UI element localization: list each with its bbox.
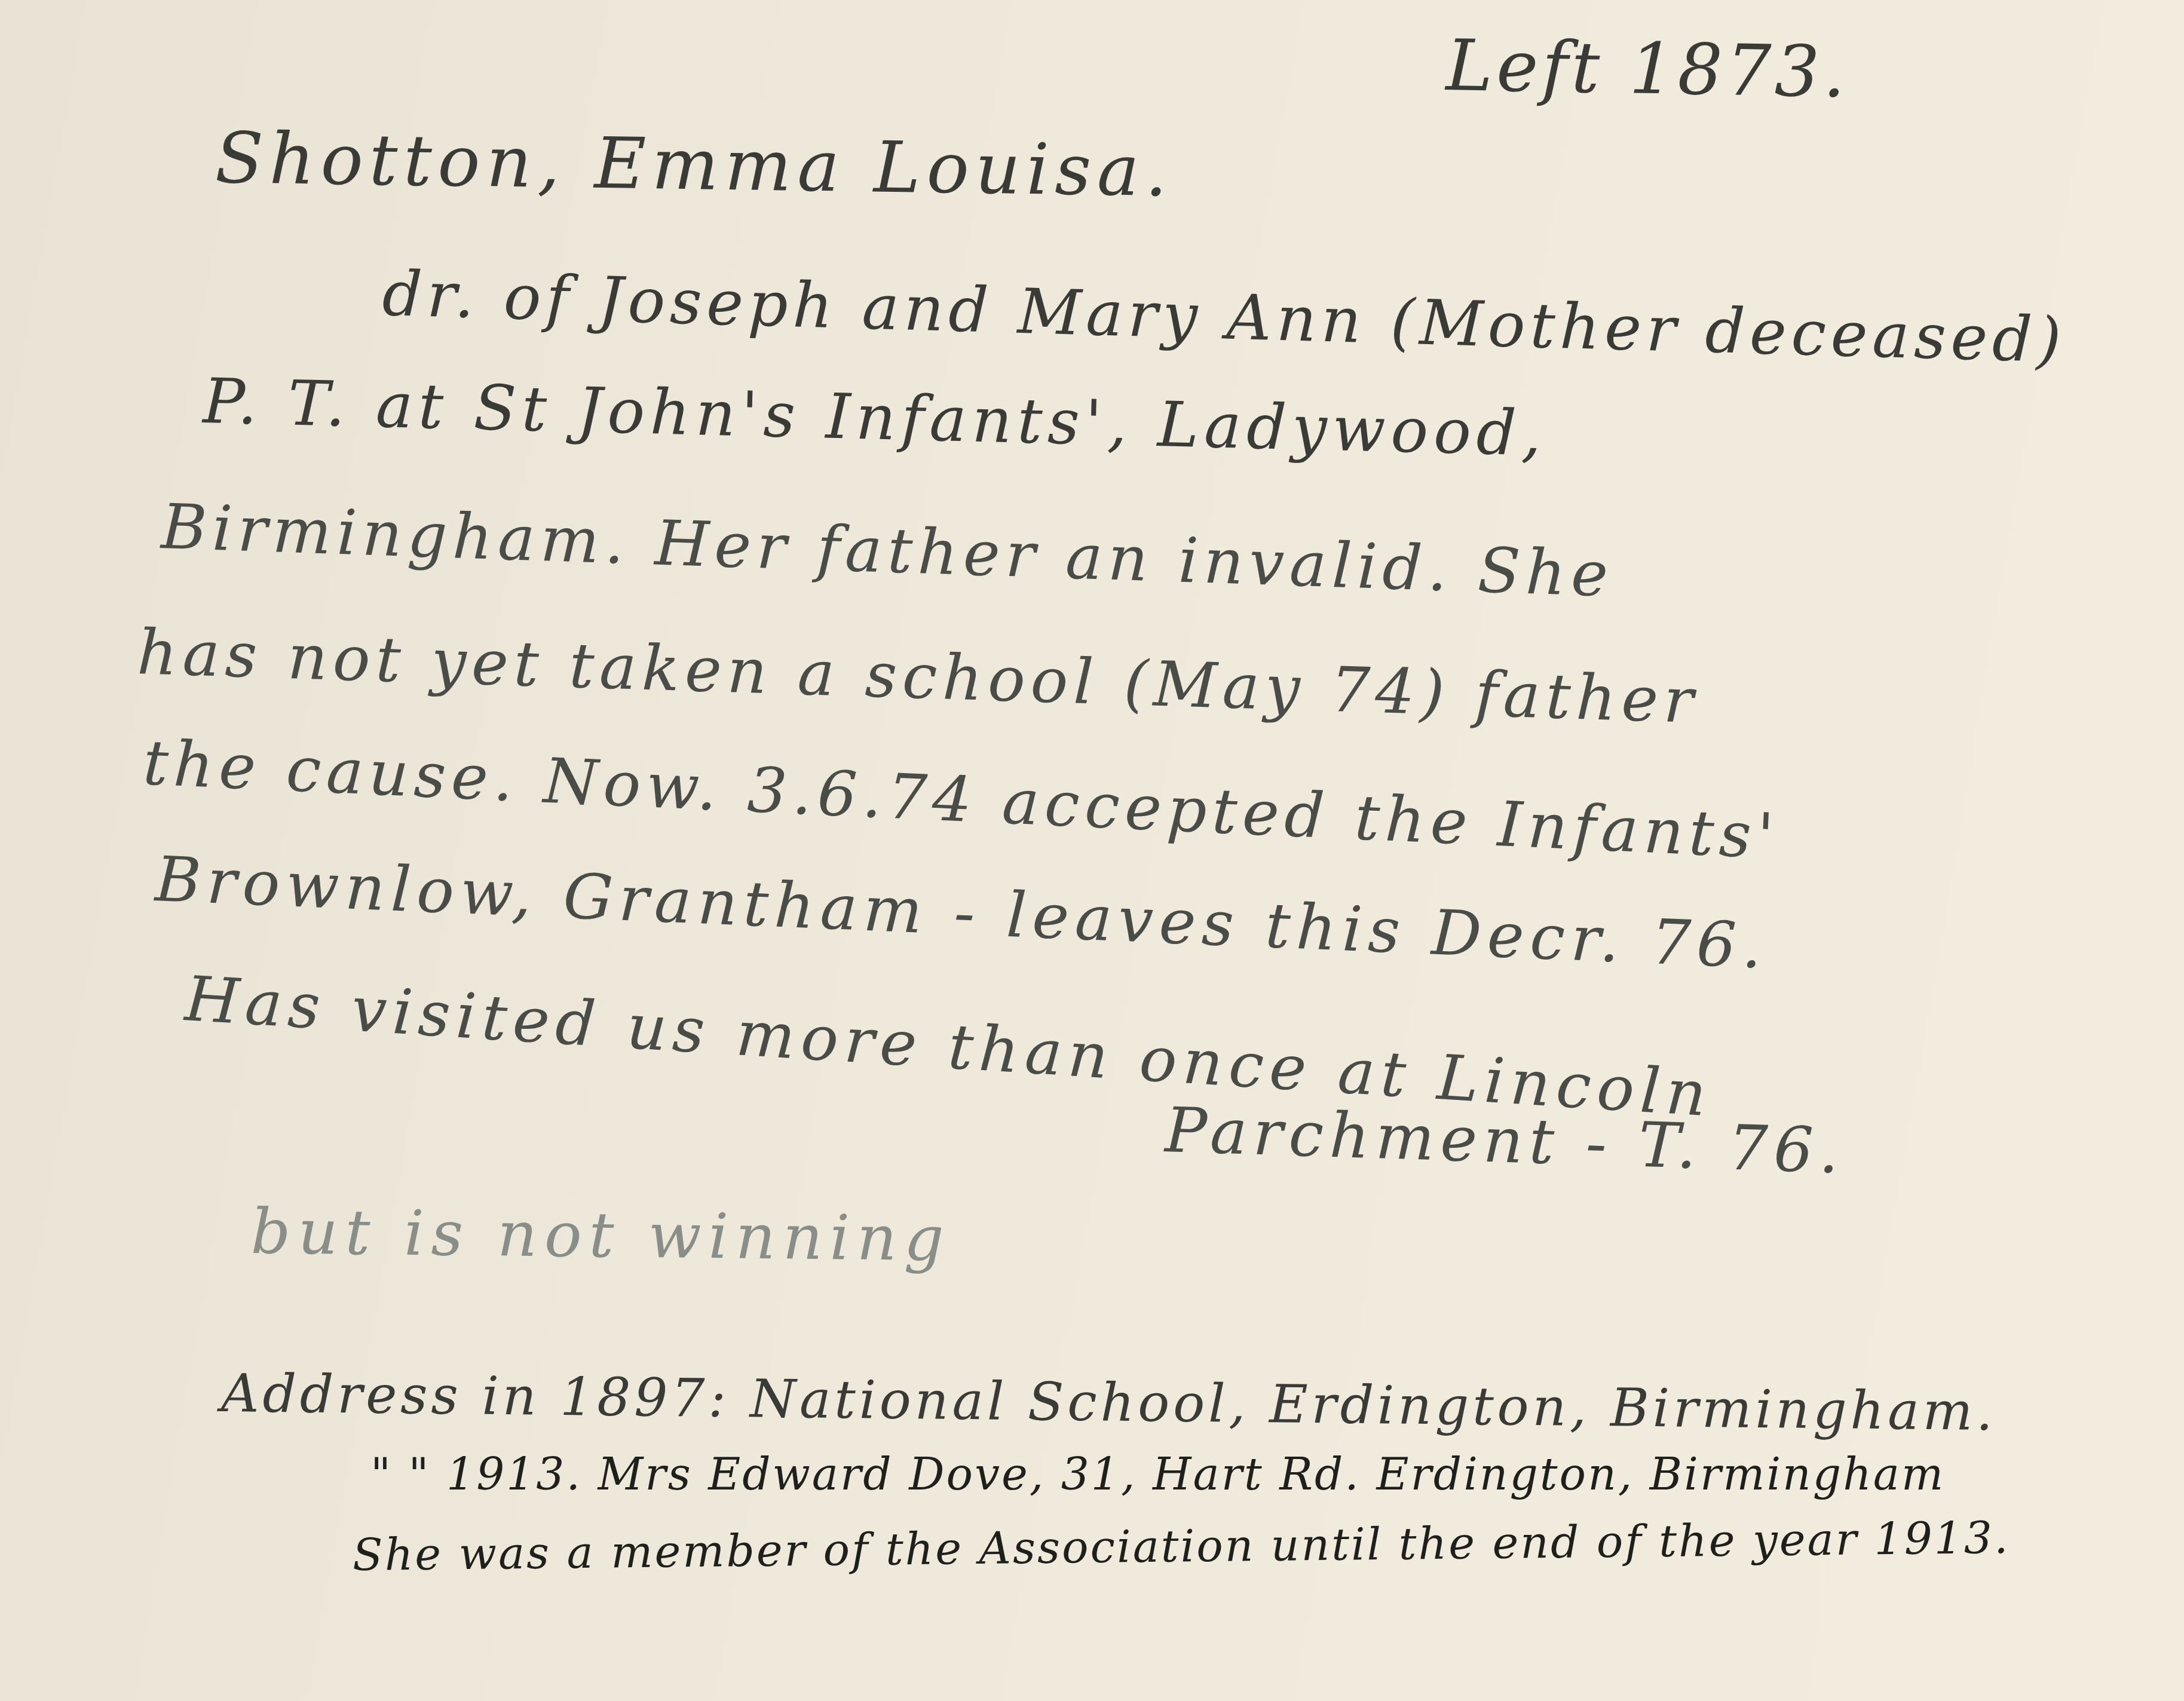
body-line-parents: dr. of Joseph and Mary Ann (Mother decea… (381, 257, 2067, 377)
manuscript-page: Left 1873. Shotton, Emma Louisa. dr. of … (0, 0, 2184, 1701)
body-line-school: P. T. at St John's Infants', Ladywood, (203, 364, 1548, 470)
body-line-brownlow-grantham: Brownlow, Grantham - leaves this Decr. 7… (154, 842, 1769, 983)
body-line-accepted-infants: the cause. Now. 3.6.74 accepted the Infa… (142, 726, 1781, 873)
body-line-not-taken-school: has not yet taken a school (May 74) fath… (136, 615, 1700, 737)
parchment-note: Parchment - T. 76. (1164, 1093, 1846, 1188)
body-line-birmingham: Birmingham. Her father an invalid. She (160, 490, 1615, 611)
membership-note: She was a member of the Association unti… (353, 1512, 2010, 1581)
address-line-1897: Address in 1897: National School, Erding… (220, 1362, 1996, 1442)
address-line-1913: " " 1913. Mrs Edward Dove, 31, Hart Rd. … (370, 1449, 1945, 1500)
header-note-left-date: Left 1873. (1445, 24, 1850, 114)
entry-name-heading: Shotton, Emma Louisa. (215, 117, 1174, 212)
later-note-not-winning: but is not winning (250, 1195, 951, 1275)
